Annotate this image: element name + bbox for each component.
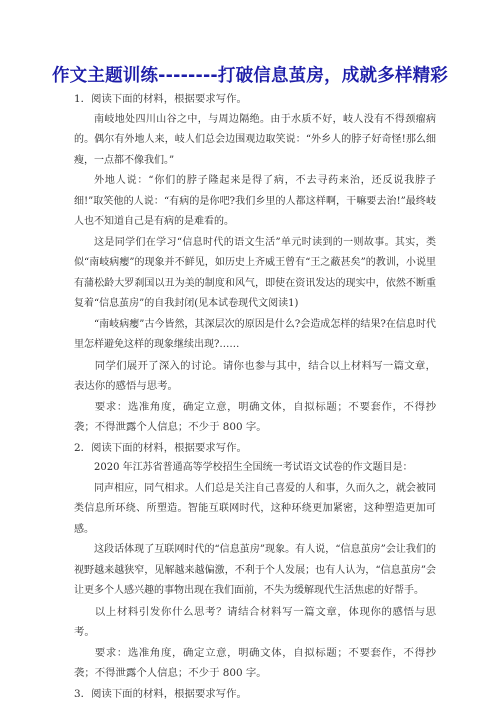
question-1-heading: 1．阅读下面的材料，根据要求写作。 bbox=[74, 89, 436, 110]
question-2-paragraph: 同声相应，同气相求。人们总是关注自己喜爱的人和事，久而久之，就会被同类信息所环绕… bbox=[74, 479, 436, 541]
question-2-paragraph: 这段话体现了互联网时代的“信息茧房”现象。有人说，“信息茧房”会让我们的视野越来… bbox=[74, 540, 436, 602]
question-1-paragraph: 外地人说：“你们的脖子隆起来是得了病，不去寻药来治，还反说我脖子细!”取笑他的人… bbox=[74, 171, 436, 233]
document-page: 作文主题训练--------打破信息茧房，成就多样精彩 1．阅读下面的材料，根据… bbox=[0, 0, 500, 707]
question-2-prompt: 以上材料引发你什么思考？请结合材料写一篇文章，体现你的感悟与思考。 bbox=[74, 602, 436, 643]
question-2-paragraph: 2020 年江苏省普通高等学校招生全国统一考试语文试卷的作文题目是： bbox=[74, 458, 436, 479]
question-2-requirements: 要求：选准角度，确定立意，明确文体，自拟标题；不要套作，不得抄袭；不得泄露个人信… bbox=[74, 643, 436, 684]
document-body: 1．阅读下面的材料，根据要求写作。 南岐地处四川山谷之中，与周边隔绝。由于水质不… bbox=[74, 89, 436, 704]
question-1-paragraph: 南岐地处四川山谷之中，与周边隔绝。由于水质不好，岐人没有不得颈瘤病的。偶尔有外地… bbox=[74, 110, 436, 172]
question-1-paragraph: “南岐病瘿”古今皆然，其深层次的原因是什么?会造成怎样的结果?在信息时代里怎样避… bbox=[74, 315, 436, 356]
question-3-heading: 3．阅读下面的材料，根据要求写作。 bbox=[74, 684, 436, 705]
document-title: 作文主题训练--------打破信息茧房，成就多样精彩 bbox=[0, 62, 500, 87]
question-2-heading: 2．阅读下面的材料，根据要求写作。 bbox=[74, 438, 436, 459]
question-1-prompt: 同学们展开了深入的讨论。请你也参与其中，结合以上材料写一篇文章，表达你的感悟与思… bbox=[74, 356, 436, 397]
question-1-requirements: 要求：选准角度，确定立意，明确文体，自拟标题；不要套作，不得抄袭；不得泄露个人信… bbox=[74, 397, 436, 438]
question-1-paragraph: 这是同学们在学习“信息时代的语文生活”单元时读到的一则故事。其实，类似“南岐病瘿… bbox=[74, 233, 436, 315]
